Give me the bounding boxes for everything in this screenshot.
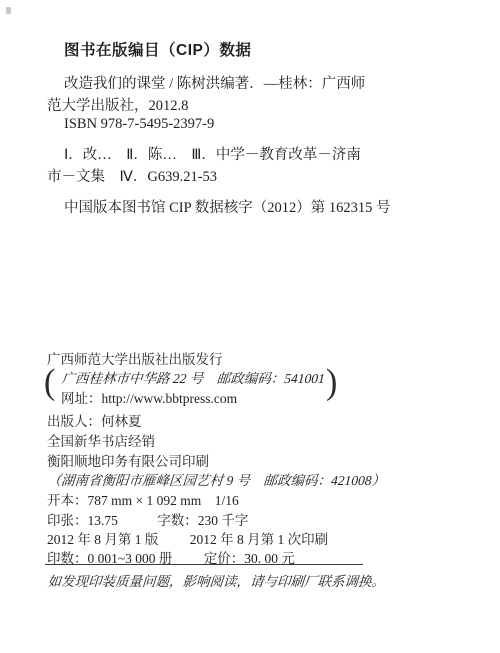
cip-isbn: ISBN 978-7-5495-2397-9 <box>64 116 214 133</box>
printer-line: 衡阳顺地印务有限公司印刷 <box>47 450 209 470</box>
publisher-person-line: 出版人：何林夏 <box>47 410 142 430</box>
printing-value: 2012 年 8 月第 1 次印刷 <box>190 532 328 547</box>
format-line: 开本：787 mm × 1 092 mm 1/16 <box>47 489 239 509</box>
sheets-value: 印张：13.75 <box>47 513 118 528</box>
printer-address-line: （湖南省衡阳市雁峰区园艺村 9 号 邮政编码：421008） <box>47 469 386 489</box>
edition-printing-row: 2012 年 8 月第 1 版 2012 年 8 月第 1 次印刷 <box>47 528 328 548</box>
scan-artifact <box>6 7 11 14</box>
distribution-line: 全国新华书店经销 <box>47 430 155 450</box>
cip-classification-line2: 市－文集 Ⅳ．G639.21-53 <box>47 165 217 186</box>
cip-heading: 图书在版编目（CIP）数据 <box>64 38 251 60</box>
publisher-website: 网址：http://www.bbtpress.com <box>61 387 237 407</box>
right-parenthesis: ) <box>326 361 337 405</box>
publisher-address-group: ( 广西桂林市中华路 22 号 邮政编码：541001 网址：http://ww… <box>44 364 344 406</box>
quality-note: 如发现印装质量问题，影响阅读，请与印刷厂联系调换。 <box>47 570 386 590</box>
publisher-address: 广西桂林市中华路 22 号 邮政编码：541001 <box>61 367 326 387</box>
cip-entry-line2: 范大学出版社，2012.8 <box>47 94 188 115</box>
left-parenthesis: ( <box>44 361 55 405</box>
word-count-value: 字数：230 千字 <box>157 513 248 528</box>
cip-entry-line1: 改造我们的课堂 / 陈树洪编著．—桂林：广西师 <box>64 72 365 93</box>
book-copyright-page: 图书在版编目（CIP）数据 改造我们的课堂 / 陈树洪编著．—桂林：广西师 范大… <box>0 0 500 653</box>
divider-rule <box>45 564 363 565</box>
cip-classification-line1: Ⅰ．改… Ⅱ．陈… Ⅲ．中学－教育改革－济南 <box>64 143 361 164</box>
cip-record-number: 中国版本图书馆 CIP 数据核字（2012）第 162315 号 <box>64 196 391 217</box>
sheets-wordcount-row: 印张：13.75 字数：230 千字 <box>47 509 248 529</box>
edition-value: 2012 年 8 月第 1 版 <box>47 532 158 547</box>
